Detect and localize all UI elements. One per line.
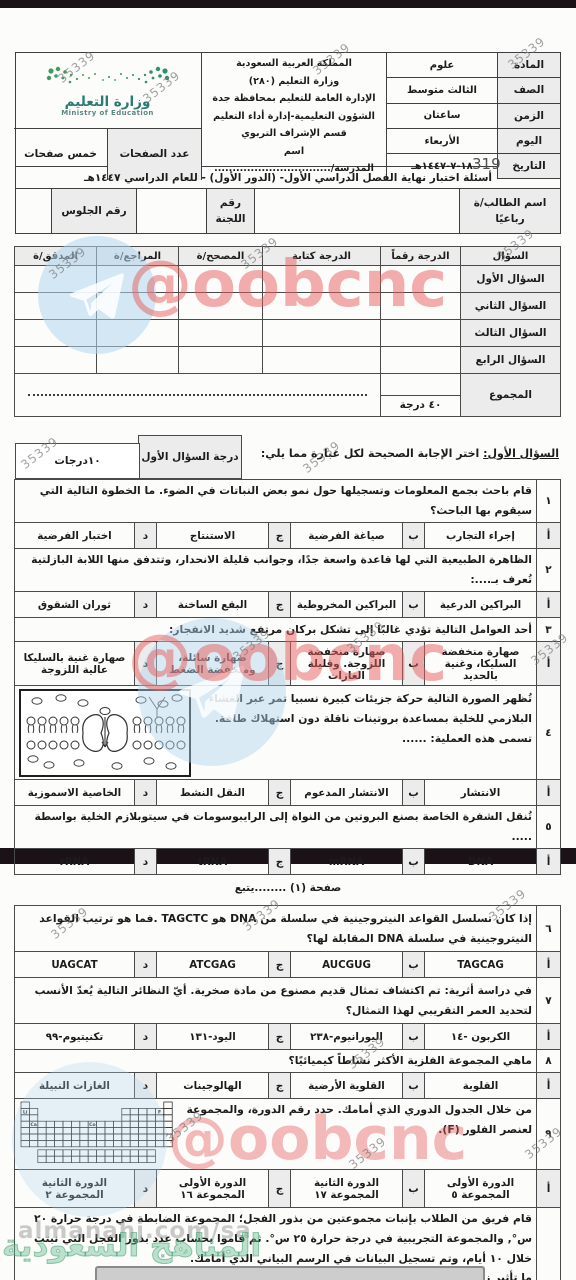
option-text: الدورة الأولىالمجموعة ١٦ <box>157 1170 269 1208</box>
ministry-logo: وزارة التعليم Ministry of Education <box>14 53 201 129</box>
question-number <box>537 1208 561 1280</box>
options-row: أالبراكين الدرعيةبالبراكين المخروطيةجالب… <box>14 592 560 618</box>
question-number: ٦ <box>537 906 561 952</box>
question-text: في دراسة أثرية: تم اكتشاف تمثال قديم مصن… <box>19 981 532 1021</box>
option-letter: أ <box>537 642 561 686</box>
options-row: أصهارة منخفضة السليكا، وغنية بالحديدبصها… <box>14 642 560 686</box>
row-q4-label: السؤال الرابع <box>461 347 561 374</box>
options-row: أTAGCAGبAUCGUGجATCGAGدUAGCAT <box>14 952 560 978</box>
col-auditor: المدقق/ة <box>15 247 97 266</box>
option-text: UAGCAT <box>14 952 134 978</box>
question-number: ٧ <box>537 978 561 1024</box>
option-text: إجراء التجارب <box>425 523 537 549</box>
option-text: ثوران الشقوق <box>14 592 134 618</box>
section1-strip: السؤال الأول: اختر الإجابة الصحيحة لكل ع… <box>15 433 561 479</box>
question-row: ٦إذا كان تسلسل القواعد النيتروجينية في س… <box>14 906 560 952</box>
total-mark-cell: ٤٠ درجة <box>381 374 461 417</box>
question-cell: الظاهرة الطبيعية التي لها قاعدة واسعة جد… <box>14 549 536 592</box>
question-cell: تُنقل الشفرة الخاصة بصنع البروتين من الن… <box>14 806 536 849</box>
question-text: تُنقل الشفرة الخاصة بصنع البروتين من الن… <box>19 807 532 847</box>
row-q3-label: السؤال الثالث <box>461 320 561 347</box>
option-letter: ب <box>403 523 425 549</box>
option-text: الخاصية الاسموزية <box>14 780 134 806</box>
question-text: قام فريق من الطلاب بإنبات مجموعتين من بذ… <box>19 1209 532 1269</box>
question-number: ٣ <box>537 618 561 642</box>
option-text: TAGCAG <box>425 952 537 978</box>
option-letter: ج <box>269 952 291 978</box>
section1-score-value: ١٠درجات <box>15 443 140 479</box>
grading-row: السؤال الأول <box>15 266 561 293</box>
option-letter: ج <box>269 642 291 686</box>
grading-header-row: السؤال الدرجة رقماً الدرجة كتابة المصحح/… <box>15 247 561 266</box>
svg-text:Li: Li <box>23 1109 28 1115</box>
seat-number-label: رقم الجلوس <box>52 189 137 233</box>
question-text: الظاهرة الطبيعية التي لها قاعدة واسعة جد… <box>19 550 532 590</box>
option-letter: د <box>135 592 157 618</box>
option-text: الدورة الثانيةالمجموعة ١٧ <box>291 1170 403 1208</box>
question-number: ٤ <box>537 686 561 780</box>
option-text: الانتشار المدعوم <box>291 780 403 806</box>
student-name-field <box>255 189 460 233</box>
col-reviewer: المراجع/ة <box>97 247 179 266</box>
question-cell: في دراسة أثرية: تم اكتشاف تمثال قديم مصن… <box>14 978 536 1024</box>
option-letter: ج <box>269 592 291 618</box>
total-mark-value: ٤٠ درجة <box>381 396 460 415</box>
option-letter: أ <box>537 1073 561 1099</box>
options-row: أالانتشاربالانتشار المدعومجالنقل النشطدا… <box>14 780 560 806</box>
option-text: صهارة منخفضة السليكا، وغنية بالحديد <box>425 642 537 686</box>
periodic-table-figure: LiFCaCo <box>19 1100 179 1168</box>
subject-value: علوم <box>387 53 498 78</box>
option-text: صهارة غنية بالسليكا عالية اللزوجة <box>14 642 134 686</box>
option-text: الدورة الثانيةالمجموعة ٢ <box>14 1170 134 1208</box>
question-number: ٥ <box>537 806 561 849</box>
question-number: ٩ <box>537 1099 561 1170</box>
option-text: الهالوجينات <box>157 1073 269 1099</box>
ministry-logo-dots-icon <box>43 65 173 95</box>
logo-title-en: Ministry of Education <box>61 109 154 117</box>
question-row: ٣أحد العوامل التالية تؤدي غالبًا إلى تشك… <box>14 618 560 642</box>
col-corrector: المصحح/ة <box>179 247 263 266</box>
question-row: ٨ماهي المجموعة الفلزية الأكثر نشاطاً كيم… <box>14 1050 560 1073</box>
option-text: الدورة الأولىالمجموعة ٥ <box>425 1170 537 1208</box>
question-row: ٥تُنقل الشفرة الخاصة بصنع البروتين من ال… <box>14 806 560 849</box>
authority-line: المملكة العربية السعودية <box>205 55 383 73</box>
question-row: ٩من خلال الجدول الدوري الذي أمامك. حدد ر… <box>14 1099 560 1170</box>
option-letter: د <box>135 642 157 686</box>
option-text: الكربون -١٤ <box>425 1024 537 1050</box>
option-text: البقع الساخنة <box>157 592 269 618</box>
subject-label: المادة <box>498 53 560 78</box>
section1-score-label: درجة السؤال الأول <box>138 435 242 479</box>
option-letter: ج <box>269 780 291 806</box>
option-letter: أ <box>537 592 561 618</box>
exam-header: المادة علوم الصف الثالث متوسط الزمن ساعت… <box>15 52 561 167</box>
logo-title-ar: وزارة التعليم <box>65 95 151 109</box>
committee-number-label: رقم اللجنة <box>207 189 255 233</box>
logo-column: وزارة التعليم Ministry of Education عدد … <box>14 53 202 180</box>
question-row: ٤تُظهر الصورة التالية حركة جزيئات كبيرة … <box>14 686 560 780</box>
option-letter: د <box>135 1024 157 1050</box>
exam-scan-page: المادة علوم الصف الثالث متوسط الزمن ساعت… <box>0 0 576 1280</box>
option-letter: ج <box>269 523 291 549</box>
option-text: الاستنتاج <box>157 523 269 549</box>
question-text: من خلال الجدول الدوري الذي أمامك. حدد رق… <box>185 1100 532 1140</box>
option-letter: د <box>135 952 157 978</box>
col-mark-written: الدرجة كتابة <box>263 247 381 266</box>
seat-number-field <box>14 189 52 233</box>
options-row: أالدورة الأولىالمجموعة ٥بالدورة الثانيةا… <box>14 1170 560 1208</box>
svg-text:Ca: Ca <box>30 1122 36 1128</box>
option-letter: أ <box>537 523 561 549</box>
dotted-leader <box>28 394 367 396</box>
option-letter: د <box>135 523 157 549</box>
question-text: تُظهر الصورة التالية حركة جزيئات كبيرة ن… <box>197 689 532 749</box>
section1-instruction: اختر الإجابة الصحيحة لكل عبارة مما يلي: <box>261 447 479 460</box>
questions-table-page1: ١قام باحث بجمع المعلومات وتسجيلها حول نم… <box>14 479 561 875</box>
option-letter: ج <box>269 1024 291 1050</box>
question-row: ٢الظاهرة الطبيعية التي لها قاعدة واسعة ج… <box>14 549 560 592</box>
option-text: الغازات النبيلة <box>14 1073 134 1099</box>
authority-block: المملكة العربية السعودية وزارة التعليم (… <box>202 53 387 180</box>
option-letter: د <box>135 780 157 806</box>
options-row: أإجراء التجارببصياغة الفرضيةجالاستنتاجدا… <box>14 523 560 549</box>
page-2: ٦إذا كان تسلسل القواعد النيتروجينية في س… <box>15 864 561 1280</box>
option-text: النقل النشط <box>157 780 269 806</box>
grade-value: الثالث متوسط <box>387 78 498 103</box>
option-letter: ب <box>403 952 425 978</box>
grade-label: الصف <box>498 78 560 103</box>
cropped-chart-image <box>95 1266 485 1280</box>
questions-table-page2: ٦إذا كان تسلسل القواعد النيتروجينية في س… <box>14 905 561 1280</box>
question-cell: تُظهر الصورة التالية حركة جزيئات كبيرة ن… <box>14 686 536 780</box>
time-label: الزمن <box>498 104 560 129</box>
question-text: قام باحث بجمع المعلومات وتسجيلها حول نمو… <box>19 481 532 521</box>
option-letter: ب <box>403 642 425 686</box>
grading-total-row: المجموع ٤٠ درجة <box>15 374 561 417</box>
authority-line: الإدارة العامة للتعليم بمحافظة جدة <box>205 90 383 108</box>
grading-row: السؤال الرابع <box>15 347 561 374</box>
question-row: ١قام باحث بجمع المعلومات وتسجيلها حول نم… <box>14 480 560 523</box>
option-text: صهارة سائلة، ومنخفضة الضغط <box>157 642 269 686</box>
authority-line: قسم الإشراف التربوي <box>205 125 383 143</box>
day-label: اليوم <box>498 129 560 154</box>
question-cell: من خلال الجدول الدوري الذي أمامك. حدد رق… <box>14 1099 536 1170</box>
svg-text:F: F <box>158 1109 161 1115</box>
question-cell: قام باحث بجمع المعلومات وتسجيلها حول نمو… <box>14 480 536 523</box>
option-letter: ب <box>403 592 425 618</box>
option-text: الانتشار <box>425 780 537 806</box>
option-letter: ب <box>403 1073 425 1099</box>
option-letter: أ <box>537 1170 561 1208</box>
total-label: المجموع <box>461 374 561 417</box>
question-text: أحد العوامل التالية تؤدي غالبًا إلى تشكل… <box>19 620 532 640</box>
question-cell: ماهي المجموعة الفلزية الأكثر نشاطاً كيمي… <box>14 1050 536 1073</box>
options-row: أالكربون -١٤باليورانيوم-٢٣٨جاليود-١٣١دتك… <box>14 1024 560 1050</box>
day-value: الأربعاء <box>387 129 498 154</box>
option-text: البراكين الدرعية <box>425 592 537 618</box>
option-text: اليورانيوم-٢٣٨ <box>291 1024 403 1050</box>
section1-prompt: السؤال الأول: اختر الإجابة الصحيحة لكل ع… <box>261 447 559 460</box>
question-cell: إذا كان تسلسل القواعد النيتروجينية في سل… <box>14 906 536 952</box>
page-1: المادة علوم الصف الثالث متوسط الزمن ساعت… <box>15 8 561 894</box>
question-number: ١ <box>537 480 561 523</box>
question-number: ٢ <box>537 549 561 592</box>
option-text: صهارة منخفضة اللزوجة. وقليلة الغازات <box>291 642 403 686</box>
svg-text:Co: Co <box>89 1122 96 1128</box>
grading-row: السؤال الثاني <box>15 293 561 320</box>
question-row: ٧في دراسة أثرية: تم اكتشاف تمثال قديم مص… <box>14 978 560 1024</box>
col-mark-numeric: الدرجة رقماً <box>381 247 461 266</box>
question-cell: أحد العوامل التالية تؤدي غالبًا إلى تشكل… <box>14 618 536 642</box>
option-letter: أ <box>537 780 561 806</box>
row-q2-label: السؤال الثاني <box>461 293 561 320</box>
time-value: ساعتان <box>387 104 498 129</box>
option-text: القلوية <box>425 1073 537 1099</box>
option-letter: ب <box>403 1170 425 1208</box>
student-info-row: اسم الطالب/ة رباعيًا رقم اللجنة رقم الجل… <box>15 189 561 234</box>
col-question: السؤال <box>461 247 561 266</box>
cell-membrane-figure <box>19 689 191 777</box>
row-q1-label: السؤال الأول <box>461 266 561 293</box>
option-text: اختبار الفرضية <box>14 523 134 549</box>
question-text: إذا كان تسلسل القواعد النيتروجينية في سل… <box>19 909 532 949</box>
authority-line: وزارة التعليم (٢٨٠) <box>205 73 383 91</box>
section1-title: السؤال الأول: <box>483 447 559 460</box>
option-text: تكنيتيوم-٩٩ <box>14 1024 134 1050</box>
grading-row: السؤال الثالث <box>15 320 561 347</box>
question-number: ٨ <box>537 1050 561 1073</box>
date-label: التاريخ <box>498 154 560 179</box>
option-letter: أ <box>537 1024 561 1050</box>
option-letter: ب <box>403 780 425 806</box>
option-text: صياغة الفرضية <box>291 523 403 549</box>
total-dotted-cell <box>15 374 381 417</box>
option-text: ATCGAG <box>157 952 269 978</box>
option-letter: ج <box>269 1073 291 1099</box>
top-black-bar <box>0 0 576 8</box>
student-name-label: اسم الطالب/ة رباعيًا <box>460 189 560 233</box>
committee-number-field <box>137 189 207 233</box>
option-letter: ج <box>269 1170 291 1208</box>
option-text: AUCGUG <box>291 952 403 978</box>
option-text: اليود-١٣١ <box>157 1024 269 1050</box>
options-row: أالقلويةبالقلوية الأرضيةجالهالوجيناتدالغ… <box>14 1073 560 1099</box>
option-text: القلوية الأرضية <box>291 1073 403 1099</box>
option-letter: د <box>135 1170 157 1208</box>
authority-line: الشؤون التعليمية-إدارة أداء التعليم <box>205 108 383 126</box>
exam-info-table: المادة علوم الصف الثالث متوسط الزمن ساعت… <box>387 53 560 180</box>
option-letter: ب <box>403 1024 425 1050</box>
option-letter: أ <box>537 952 561 978</box>
question-text: ماهي المجموعة الفلزية الأكثر نشاطاً كيمي… <box>19 1051 532 1071</box>
grading-table: السؤال الدرجة رقماً الدرجة كتابة المصحح/… <box>14 246 561 417</box>
option-text: البراكين المخروطية <box>291 592 403 618</box>
option-letter: د <box>135 1073 157 1099</box>
